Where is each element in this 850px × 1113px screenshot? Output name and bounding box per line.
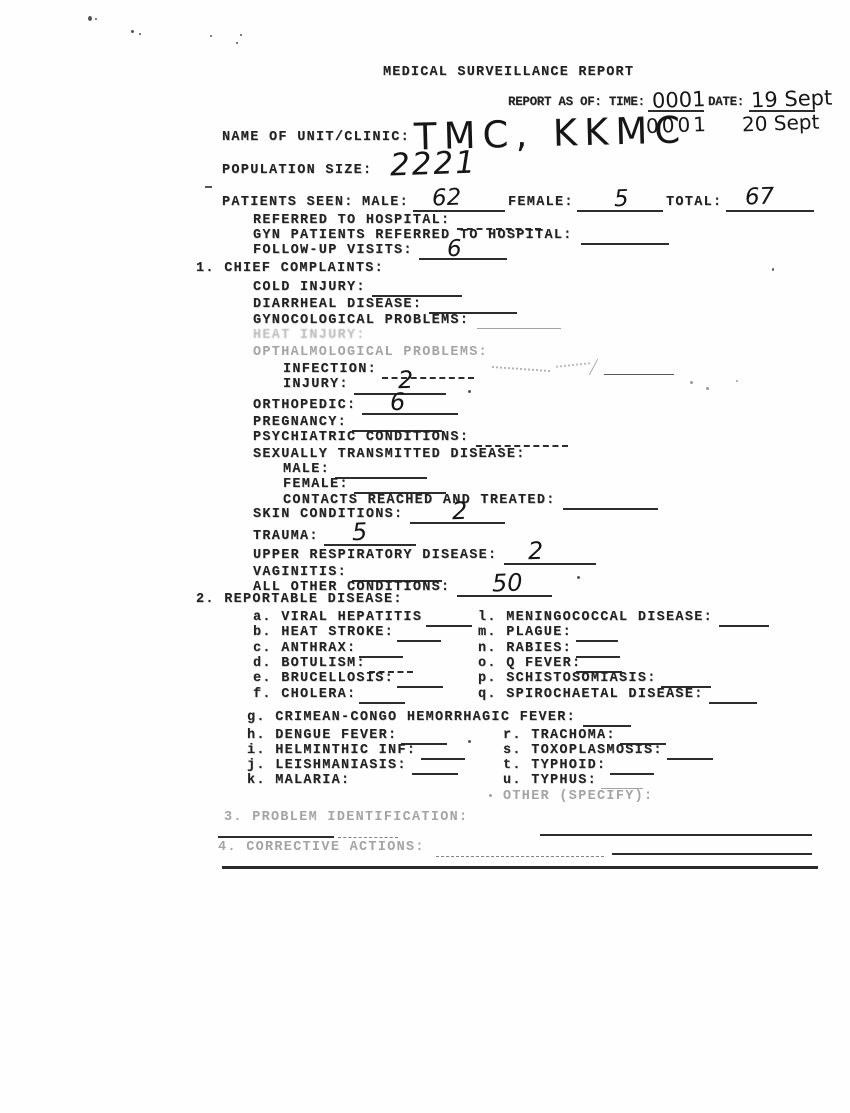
unit-clinic-label: NAME OF UNIT/CLINIC: bbox=[222, 130, 410, 145]
female-value-handwritten: 5 bbox=[614, 186, 630, 212]
followup-visits-label: FOLLOW-UP VISITS: bbox=[253, 243, 413, 258]
disease-v-letter-mark bbox=[489, 794, 492, 797]
disease-p-label: p. SCHISTOSOMIASIS: bbox=[478, 671, 657, 686]
disease-l-label: l. MENINGOCOCCAL DISEASE: bbox=[478, 610, 713, 625]
corrective-line-top-right bbox=[540, 834, 812, 836]
trauma-label: TRAUMA: bbox=[253, 529, 319, 544]
contacts-treated-label: CONTACTS REACHED AND TREATED: bbox=[283, 493, 556, 508]
disease-t-blank bbox=[610, 773, 654, 775]
section1-heading: 1. CHIEF COMPLAINTS: bbox=[196, 261, 384, 276]
disease-m-label: m. PLAGUE: bbox=[478, 625, 572, 640]
scan-speck bbox=[236, 42, 238, 44]
disease-l-blank bbox=[719, 625, 769, 627]
trauma-value-handwritten: 5 bbox=[352, 518, 368, 547]
trauma-blank bbox=[324, 544, 416, 546]
disease-e-blank bbox=[397, 686, 443, 688]
diarrheal-disease-label: DIARRHEAL DISEASE: bbox=[253, 297, 422, 312]
total-label: TOTAL: bbox=[666, 195, 722, 210]
orthopedic-blank bbox=[362, 413, 458, 415]
orthopedic-value-handwritten: 6 bbox=[390, 388, 406, 417]
corrective-overline bbox=[218, 836, 334, 838]
population-size-value-handwritten: 2221 bbox=[389, 144, 477, 183]
pencil-scribble bbox=[556, 362, 590, 368]
disease-j-label: j. LEISHMANIASIS: bbox=[247, 758, 407, 773]
cold-injury-label: COLD INJURY: bbox=[253, 280, 366, 295]
scan-speck bbox=[690, 381, 693, 384]
gyn-referred-label: GYN PATIENTS REFERRED TO HOSPITAL: bbox=[253, 228, 573, 243]
std-label: SEXUALLY TRANSMITTED DISEASE: bbox=[253, 447, 526, 462]
scan-speck bbox=[139, 33, 141, 35]
disease-v-other-label: OTHER (SPECIFY): bbox=[503, 789, 653, 804]
disease-i-blank bbox=[421, 758, 465, 760]
disease-b-label: b. HEAT STROKE: bbox=[253, 625, 394, 640]
scan-speck bbox=[736, 380, 738, 382]
section4-heading: 4. CORRECTIVE ACTIONS: bbox=[218, 840, 425, 855]
skin-conditions-value-handwritten: 2 bbox=[452, 497, 468, 526]
scan-speck bbox=[240, 34, 242, 36]
disease-i-label: i. HELMINTHIC INF: bbox=[247, 743, 416, 758]
std-male-label: MALE: bbox=[283, 462, 330, 477]
skin-conditions-label: SKIN CONDITIONS: bbox=[253, 507, 403, 522]
population-size-label: POPULATION SIZE: bbox=[222, 163, 372, 178]
followup-visits-value-handwritten: 6 bbox=[447, 236, 463, 262]
page-title: MEDICAL SURVEILLANCE REPORT bbox=[383, 65, 634, 80]
heat-injury-label: HEAT INJURY: bbox=[253, 328, 366, 343]
scan-speck bbox=[468, 740, 471, 743]
upper-respiratory-blank bbox=[504, 563, 596, 565]
disease-q-blank bbox=[709, 702, 757, 704]
date-value-alt-handwritten: 20 Sept bbox=[742, 110, 820, 137]
total-value-handwritten: 67 bbox=[745, 183, 775, 210]
disease-m-blank bbox=[576, 640, 618, 642]
section2-heading: 2. REPORTABLE DISEASE: bbox=[196, 592, 403, 607]
date-value-handwritten: 19 Sept bbox=[751, 86, 833, 113]
scan-speck bbox=[772, 268, 774, 271]
disease-a-label: a. VIRAL HEPATITIS bbox=[253, 610, 422, 625]
opthalmological-problems-label: OPTHALMOLOGICAL PROBLEMS: bbox=[253, 345, 488, 360]
disease-g-label: g. CRIMEAN-CONGO HEMORRHAGIC FEVER: bbox=[247, 710, 576, 725]
scan-speck bbox=[706, 387, 709, 390]
disease-q-label: q. SPIROCHAETAL DISEASE: bbox=[478, 687, 704, 702]
scan-speck bbox=[95, 18, 97, 20]
section3-heading: 3. PROBLEM IDENTIFICATION: bbox=[224, 810, 468, 825]
std-female-label: FEMALE: bbox=[283, 477, 349, 492]
upper-respiratory-label: UPPER RESPIRATORY DISEASE: bbox=[253, 548, 497, 563]
corrective-line-bottom bbox=[222, 866, 818, 869]
gynocological-problems-blank bbox=[477, 328, 561, 329]
disease-o-label: o. Q FEVER: bbox=[478, 656, 581, 671]
disease-e-label: e. BRUCELLOSIS: bbox=[253, 671, 394, 686]
corrective-overline-faint bbox=[338, 837, 398, 838]
vaginitis-label: VAGINITIS: bbox=[253, 565, 347, 580]
disease-d-label: d. BOTULISM: bbox=[253, 656, 366, 671]
disease-b-blank bbox=[397, 640, 441, 642]
scan-speck bbox=[210, 35, 212, 37]
disease-n-label: n. RABIES: bbox=[478, 641, 572, 656]
infection-label: INFECTION: bbox=[283, 362, 377, 377]
disease-u-label: u. TYPHUS: bbox=[503, 773, 597, 788]
date-label: DATE: bbox=[708, 95, 744, 109]
pregnancy-label: PREGNANCY: bbox=[253, 415, 347, 430]
disease-g-blank bbox=[583, 725, 631, 727]
disease-k-label: k. MALARIA: bbox=[247, 773, 350, 788]
scan-speck bbox=[577, 576, 580, 579]
scan-speck bbox=[205, 186, 212, 188]
disease-h-label: h. DENGUE FEVER: bbox=[247, 728, 397, 743]
patients-seen-label: PATIENTS SEEN: bbox=[222, 195, 354, 210]
pencil-scribble bbox=[589, 359, 598, 375]
disease-n-blank bbox=[576, 656, 620, 658]
male-label: MALE: bbox=[362, 195, 409, 210]
female-label: FEMALE: bbox=[508, 195, 574, 210]
disease-r-label: r. TRACHOMA: bbox=[503, 728, 616, 743]
followup-visits-blank bbox=[419, 258, 507, 260]
pencil-scribble-line bbox=[604, 374, 674, 375]
all-other-conditions-value-handwritten: 50 bbox=[492, 568, 524, 597]
scanned-report-page: MEDICAL SURVEILLANCE REPORT REPORT AS OF… bbox=[0, 0, 850, 1113]
disease-t-label: t. TYPHOID: bbox=[503, 758, 606, 773]
disease-j-blank bbox=[412, 773, 458, 775]
gynocological-problems-label: GYNOCOLOGICAL PROBLEMS: bbox=[253, 313, 469, 328]
disease-f-label: f. CHOLERA: bbox=[253, 687, 356, 702]
disease-f-blank bbox=[359, 702, 405, 704]
scan-speck bbox=[131, 30, 134, 33]
corrective-line-dashed bbox=[436, 856, 604, 857]
upper-respiratory-value-handwritten: 2 bbox=[528, 537, 544, 566]
referred-hospital-label: REFERRED TO HOSPITAL: bbox=[253, 213, 450, 228]
disease-s-blank bbox=[667, 758, 713, 760]
psychiatric-conditions-label: PSYCHIATRIC CONDITIONS: bbox=[253, 430, 469, 445]
contacts-treated-blank bbox=[563, 508, 658, 510]
total-blank-line bbox=[726, 210, 814, 212]
scan-speck bbox=[88, 16, 92, 21]
male-value-handwritten: 62 bbox=[432, 184, 462, 211]
infection-blank bbox=[382, 377, 474, 379]
orthopedic-label: ORTHOPEDIC: bbox=[253, 398, 356, 413]
injury-label: INJURY: bbox=[283, 377, 349, 392]
disease-s-label: s. TOXOPLASMOSIS: bbox=[503, 743, 663, 758]
gyn-referred-blank bbox=[581, 243, 669, 245]
pencil-scribble bbox=[492, 366, 550, 372]
disease-a-blank bbox=[426, 625, 472, 627]
scan-speck bbox=[468, 390, 471, 393]
corrective-line-mid-right bbox=[612, 853, 812, 855]
disease-c-label: c. ANTHRAX: bbox=[253, 641, 356, 656]
report-as-of-label: REPORT AS OF: TIME: bbox=[508, 95, 645, 109]
